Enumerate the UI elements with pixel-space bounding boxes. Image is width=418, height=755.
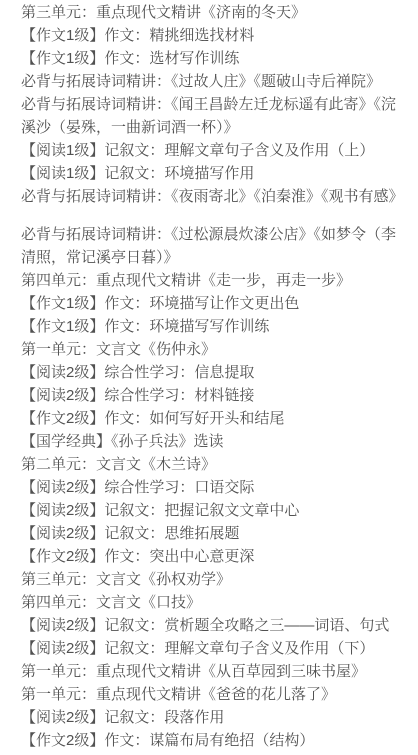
lesson-item: 【作文1级】作文：精挑细选找材料 bbox=[21, 24, 404, 47]
lesson-item: 【作文2级】作文：如何写好开头和结尾 bbox=[21, 407, 404, 430]
lesson-item: 第一单元：重点现代文精讲《从百草园到三味书屋》 bbox=[21, 660, 404, 683]
lesson-item: 第四单元：重点现代文精讲《走一步，再走一步》 bbox=[21, 269, 404, 292]
lesson-item: 第二单元：文言文《木兰诗》 bbox=[21, 453, 404, 476]
lesson-item: 第三单元：重点现代文精讲《济南的冬天》 bbox=[21, 1, 404, 24]
lesson-item: 必背与拓展诗词精讲：《过故人庄》《题破山寺后禅院》 bbox=[21, 70, 404, 93]
lesson-item: 第一单元：文言文《伤仲永》 bbox=[21, 338, 404, 361]
lesson-item: 【阅读2级】综合性学习：口语交际 bbox=[21, 476, 404, 499]
lesson-item: 【作文2级】作文：谋篇布局有绝招（结构） bbox=[21, 729, 404, 752]
lesson-item: 【阅读2级】记叙文：理解文章句子含义及作用（下） bbox=[21, 637, 404, 660]
lesson-item: 第一单元：重点现代文精讲《爸爸的花儿落了》 bbox=[21, 683, 404, 706]
lesson-item: 【阅读2级】综合性学习：信息提取 bbox=[21, 361, 404, 384]
lesson-item: 【阅读2级】记叙文：把握记叙文文章中心 bbox=[21, 499, 404, 522]
lesson-item: 【作文1级】作文：环境描写写作训练 bbox=[21, 315, 404, 338]
lesson-item: 【阅读2级】综合性学习：材料链接 bbox=[21, 384, 404, 407]
lesson-item: 【国学经典】《孙子兵法》选读 bbox=[21, 430, 404, 453]
paragraph-gap bbox=[21, 208, 404, 223]
lesson-item: 第三单元：文言文《孙权劝学》 bbox=[21, 568, 404, 591]
lesson-list: 第三单元：重点现代文精讲《济南的冬天》 【作文1级】作文：精挑细选找材料 【作文… bbox=[0, 0, 418, 752]
lesson-item: 【作文2级】作文：突出中心意更深 bbox=[21, 545, 404, 568]
lesson-item: 【阅读2级】记叙文：赏析题全攻略之三——词语、句式 bbox=[21, 614, 404, 637]
lesson-item: 【作文1级】作文：环境描写让作文更出色 bbox=[21, 292, 404, 315]
lesson-item: 【作文1级】作文：选材写作训练 bbox=[21, 47, 404, 70]
lesson-item: 【阅读1级】记叙文：环境描写作用 bbox=[21, 162, 404, 185]
lesson-item: 第四单元：文言文《口技》 bbox=[21, 591, 404, 614]
lesson-item: 【阅读1级】记叙文：理解文章句子含义及作用（上） bbox=[21, 139, 404, 162]
lesson-item: 必背与拓展诗词精讲：《过松源晨炊漆公店》《如梦令（李清照，常记溪亭日暮）》 bbox=[21, 223, 404, 269]
lesson-item: 【阅读2级】记叙文：段落作用 bbox=[21, 706, 404, 729]
lesson-item: 必背与拓展诗词精讲：《夜雨寄北》《泊秦淮》《观书有感》 bbox=[21, 185, 404, 208]
lesson-item: 必背与拓展诗词精讲：《闻王昌龄左迁龙标遥有此寄》《浣溪沙（晏殊，一曲新词酒一杯）… bbox=[21, 93, 404, 139]
lesson-item: 【阅读2级】记叙文：思维拓展题 bbox=[21, 522, 404, 545]
